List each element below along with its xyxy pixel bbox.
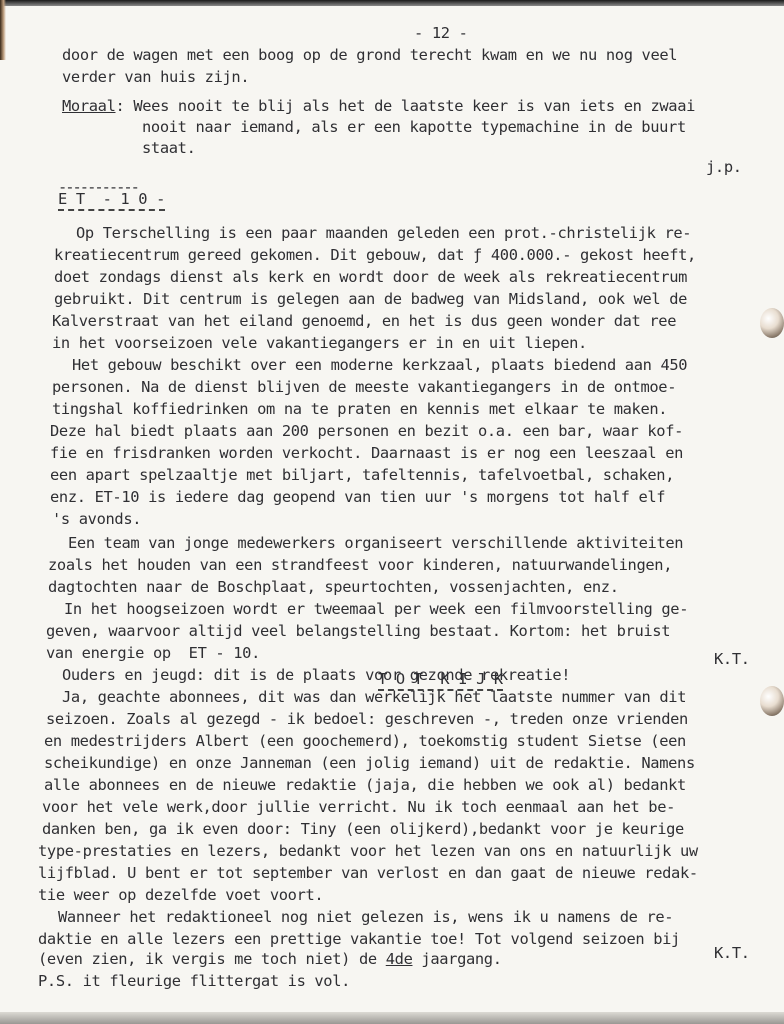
punch-hole	[760, 308, 784, 338]
article-line: gebruikt. Dit centrum is gelegen aan de …	[54, 290, 687, 308]
article-line: dagtochten naar de Boschplaat, speurtoch…	[48, 578, 619, 596]
article-line: geven, waarvoor altijd veel belangstelli…	[46, 622, 670, 640]
article-line: personen. Na de dienst blijven de meeste…	[52, 378, 676, 396]
article-line: zoals het houden van een strandfeest voo…	[48, 556, 672, 574]
article-line: seizoen. Zoals al gezegd - ik bedoel: ge…	[46, 710, 688, 728]
article-line: tie weer op dezelfde voet voort.	[38, 886, 323, 904]
article-line: doet zondags dienst als kerk en wordt do…	[54, 268, 687, 286]
article-line: Wanneer het redaktioneel nog niet geleze…	[58, 908, 673, 926]
article-line: voor het vele werk,door jullie verricht.…	[42, 798, 675, 816]
article-line: en medestrijders Albert (een goochemerd)…	[44, 732, 686, 750]
moraal-line: nooit naar iemand, als er een kapotte ty…	[142, 118, 686, 136]
article-line: tingshal koffiedrinken om na te praten e…	[52, 400, 667, 418]
section-heading-et10: E T - 1 0 -	[58, 190, 165, 208]
postscript: P.S. it fleurige flittergat is vol.	[38, 972, 350, 990]
article-line: in het voorseizoen vele vakantiegangers …	[52, 334, 587, 352]
typewritten-page: - 12 - door de wagen met een boog op de …	[0, 0, 784, 1024]
article-line: Ja, geachte abonnees, dit was dan werkel…	[62, 688, 686, 706]
article-line: (even zien, ik vergis me toch niet) de 4…	[38, 950, 502, 968]
article-line: lijfblad. U bent er tot september van ve…	[38, 864, 698, 882]
article-line: kreatiecentrum gereed gekomen. Dit gebou…	[54, 246, 696, 264]
article-line: danken ben, ga ik even door: Tiny (een o…	[42, 820, 684, 838]
article-line: Het gebouw beschikt over een moderne ker…	[72, 356, 687, 374]
article-line: scheikundige) en onze Janneman (een joli…	[44, 754, 695, 772]
underlined-edition: 4de	[386, 950, 413, 968]
article-line: Op Terschelling is een paar maanden gele…	[76, 224, 691, 242]
section-heading-tot-kijk: T O T K I J K	[378, 670, 503, 688]
article-line: alle abonnees en de nieuwe redaktie (jaj…	[44, 776, 686, 794]
article-line: Kalverstraat van het eiland genoemd, en …	[52, 312, 676, 330]
punch-hole	[760, 686, 784, 716]
intro-line: verder van huis zijn.	[62, 68, 249, 86]
article-line: een apart spelzaaltje met biljart, tafel…	[50, 466, 674, 484]
article-line: 's avonds.	[52, 510, 141, 528]
moraal-line: Moraal: Wees nooit te blij als het de la…	[62, 97, 695, 115]
article-line: Deze hal biedt plaats aan 200 personen e…	[50, 422, 683, 440]
article-line: fie en frisdranken worden verkocht. Daar…	[50, 444, 683, 462]
page-number: - 12 -	[414, 24, 468, 42]
article-line: daktie en alle lezers een prettige vakan…	[38, 930, 680, 948]
article-line: Een team van jonge medewerkers organisee…	[68, 534, 683, 552]
moraal-line: staat.	[142, 139, 196, 157]
article-line: type-prestaties en lezers, bedankt voor …	[38, 842, 698, 860]
article-line: In het hoogseizoen wordt er tweemaal per…	[64, 600, 688, 618]
signature: K.T.	[714, 944, 750, 962]
article-line: enz. ET-10 is iedere dag geopend van tie…	[50, 488, 665, 506]
intro-line: door de wagen met een boog op de grond t…	[62, 46, 677, 64]
signature: K.T.	[714, 650, 750, 668]
signature: j.p.	[706, 158, 742, 176]
article-line: van energie op ET - 10.	[46, 644, 260, 662]
moraal-label: Moraal	[62, 97, 116, 115]
